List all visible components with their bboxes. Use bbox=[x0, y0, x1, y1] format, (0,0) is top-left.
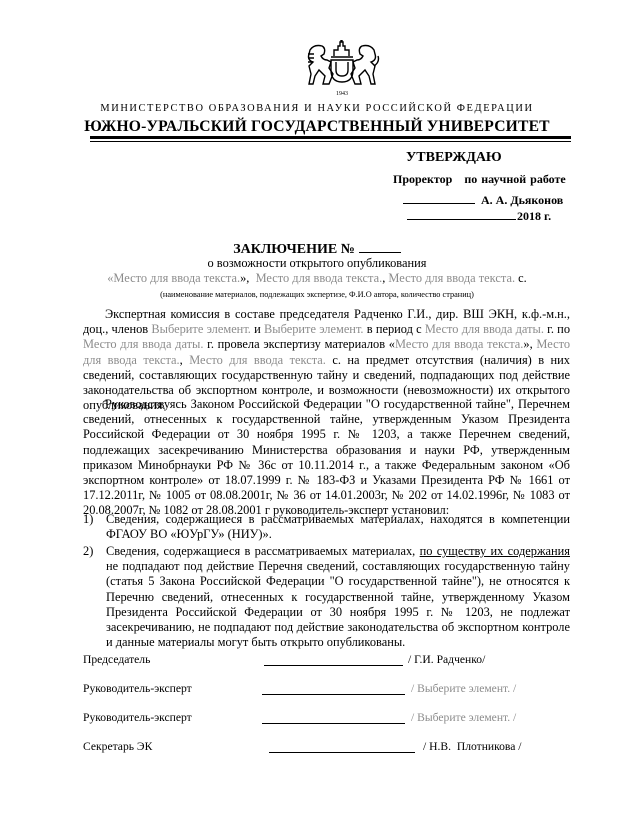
date-blank[interactable] bbox=[407, 207, 516, 220]
material-pages-field[interactable]: Место для ввода текста. bbox=[388, 271, 515, 285]
mat-pages-field[interactable]: Место для ввода текста. bbox=[189, 353, 326, 367]
approval-signatory: А. А. Дьяконов bbox=[481, 193, 563, 207]
signature-row-expert-2: Руководитель-эксперт / Выберите элемент.… bbox=[83, 711, 573, 727]
signature-row-secretary: Секретарь ЭК / Н.В. Плотникова / bbox=[83, 740, 573, 756]
finding-item: 2)Сведения, содержащиеся в рассматриваем… bbox=[83, 544, 570, 650]
approval-year: 2018 г. bbox=[517, 209, 551, 223]
approval-position: Проректор по научной работе bbox=[393, 172, 566, 187]
signature-line[interactable] bbox=[264, 665, 403, 666]
header-rule-thick bbox=[90, 136, 571, 139]
signature-line[interactable] bbox=[269, 752, 415, 753]
expert1-dropdown[interactable]: / Выберите элемент. / bbox=[411, 682, 516, 695]
conclusion-note: (наименование материалов, подлежащих экс… bbox=[0, 290, 634, 299]
conclusion-subtitle: о возможности открытого опубликования bbox=[0, 256, 634, 271]
ministry-name: МИНИСТЕРСТВО ОБРАЗОВАНИЯ И НАУКИ РОССИЙС… bbox=[0, 103, 634, 114]
date-to-field[interactable]: Место для ввода даты. bbox=[83, 337, 203, 351]
signature-line[interactable] bbox=[262, 694, 405, 695]
material-fields: «Место для ввода текста.», Место для вво… bbox=[0, 271, 634, 286]
approval-title: УТВЕРЖДАЮ bbox=[406, 150, 502, 166]
university-name: ЮЖНО-УРАЛЬСКИЙ ГОСУДАРСТВЕННЫЙ УНИВЕРСИТ… bbox=[0, 118, 634, 136]
signature-blank[interactable] bbox=[403, 191, 475, 204]
conclusion-number-field[interactable] bbox=[359, 240, 401, 253]
material-title-field[interactable]: Место для ввода текста. bbox=[113, 271, 240, 285]
material-author-field[interactable]: Место для ввода текста. bbox=[256, 271, 383, 285]
mat-title-field[interactable]: Место для ввода текста. bbox=[395, 337, 523, 351]
header-rule-thin bbox=[90, 141, 571, 142]
legal-basis-paragraph: Руководствуясь Законом Российской Федера… bbox=[83, 397, 570, 519]
approval-date-line: 2018 г. bbox=[407, 207, 551, 224]
signature-row-expert-1: Руководитель-эксперт / Выберите элемент.… bbox=[83, 682, 573, 698]
signature-line[interactable] bbox=[262, 723, 405, 724]
member2-dropdown[interactable]: Выберите элемент. bbox=[264, 322, 364, 336]
date-from-field[interactable]: Место для ввода даты. bbox=[425, 322, 544, 336]
university-logo-icon: 1943 bbox=[304, 40, 380, 98]
approval-signature-line: А. А. Дьяконов bbox=[403, 191, 563, 208]
expert2-dropdown[interactable]: / Выберите элемент. / bbox=[411, 711, 516, 724]
svg-text:1943: 1943 bbox=[336, 91, 348, 97]
member1-dropdown[interactable]: Выберите элемент. bbox=[151, 322, 251, 336]
signature-row-chairman: Председатель / Г.И. Радченко/ bbox=[83, 653, 573, 669]
finding-item: 1)Сведения, содержащиеся в рассматриваем… bbox=[83, 512, 570, 542]
